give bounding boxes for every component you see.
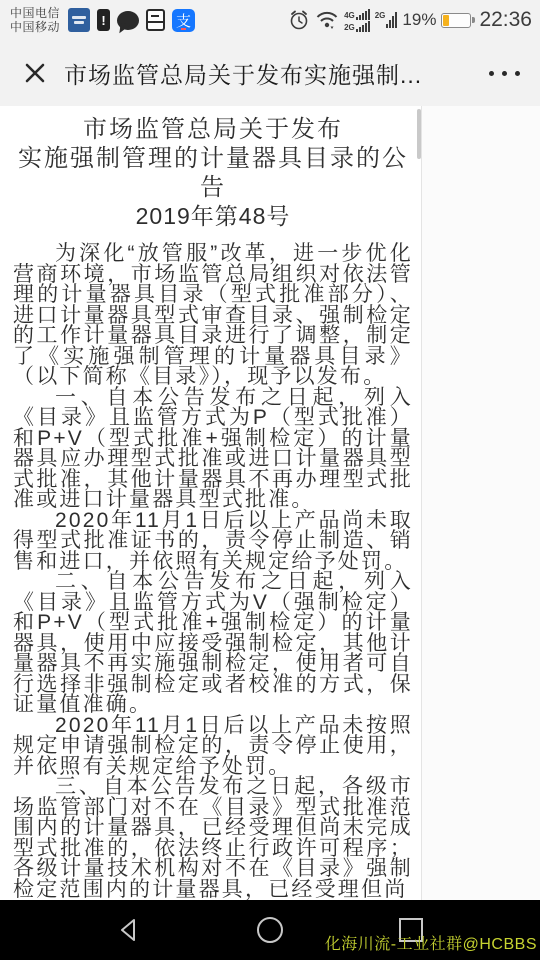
document-body: 为深化“放管服”改革，进一步优化营商环境，市场监管总局组织对依法管理的计量器具目… bbox=[13, 244, 413, 900]
hcbbs-app-icon bbox=[68, 8, 90, 32]
message-bubble-icon bbox=[117, 11, 139, 30]
carrier-line2: 中国移动 bbox=[10, 20, 60, 34]
status-bar: 中国电信 中国移动 ! 支 4G bbox=[0, 0, 540, 40]
page-title: 市场监管总局关于发布实施强制... bbox=[64, 57, 469, 90]
status-time: 22:36 bbox=[479, 8, 532, 32]
watermark: 化海川流-工业社群@HCBBS bbox=[325, 931, 537, 954]
paragraph: 为深化“放管服”改革，进一步优化营商环境，市场监管总局组织对依法管理的计量器具目… bbox=[13, 244, 413, 388]
document-viewport[interactable]: 市场监管总局关于发布 实施强制管理的计量器具目录的公告 2019年第48号 为深… bbox=[0, 106, 540, 900]
document-title-line1: 市场监管总局关于发布 bbox=[13, 115, 413, 144]
paragraph: 2020年11月1日后以上产品未按照规定申请强制检定的，责令停止使用，并依照有关… bbox=[13, 716, 413, 778]
battery-icon bbox=[441, 13, 471, 28]
back-icon bbox=[114, 915, 144, 945]
carrier-labels: 中国电信 中国移动 bbox=[10, 6, 60, 34]
carrier-line1: 中国电信 bbox=[10, 6, 60, 20]
paragraph: 2020年11月1日后以上产品尚未取得型式批准证书的，责令停止制造、销售和进口，… bbox=[13, 511, 413, 573]
memo-icon bbox=[146, 9, 165, 31]
android-nav-bar: 化海川流-工业社群@HCBBS bbox=[0, 900, 540, 960]
battery-alert-icon: ! bbox=[97, 9, 110, 31]
close-icon bbox=[23, 61, 47, 85]
notification-icons: ! 支 bbox=[68, 8, 195, 32]
paragraph: 三、自本公告发布之日起，各级市场监管部门对不在《目录》型式批准范围内的计量器具，… bbox=[13, 777, 413, 900]
app-header: 市场监管总局关于发布实施强制... bbox=[0, 40, 540, 106]
page-margin-strip bbox=[421, 106, 540, 900]
document-page: 市场监管总局关于发布 实施强制管理的计量器具目录的公告 2019年第48号 为深… bbox=[13, 106, 413, 900]
battery-percent: 19% bbox=[402, 10, 436, 30]
document-number: 2019年第48号 bbox=[13, 202, 413, 231]
status-indicators: 4G 2G 2G 19% 22:36 bbox=[288, 8, 532, 32]
sim2-signal-icon: 2G bbox=[375, 12, 398, 28]
phone-screen: 中国电信 中国移动 ! 支 4G bbox=[0, 0, 540, 960]
sim1-signal-icon: 4G 2G bbox=[344, 9, 370, 32]
document-title-line2: 实施强制管理的计量器具目录的公告 bbox=[13, 144, 413, 202]
paragraph: 一、自本公告发布之日起，列入《目录》且监管方式为P（型式批准）和P+V（型式批准… bbox=[13, 388, 413, 511]
home-icon bbox=[254, 914, 286, 946]
close-button[interactable] bbox=[20, 58, 50, 88]
back-button[interactable] bbox=[105, 906, 153, 954]
document-title: 市场监管总局关于发布 实施强制管理的计量器具目录的公告 bbox=[13, 115, 413, 202]
paragraph: 二、自本公告发布之日起，列入《目录》且监管方式为V（强制检定）和P+V（型式批准… bbox=[13, 572, 413, 716]
home-button[interactable] bbox=[246, 906, 294, 954]
ellipsis-icon bbox=[489, 71, 494, 76]
more-menu-button[interactable] bbox=[487, 63, 522, 84]
wifi-icon bbox=[315, 10, 339, 30]
scrollbar-thumb[interactable] bbox=[417, 109, 421, 159]
alipay-icon: 支 bbox=[172, 9, 195, 32]
alarm-clock-icon bbox=[288, 9, 310, 31]
